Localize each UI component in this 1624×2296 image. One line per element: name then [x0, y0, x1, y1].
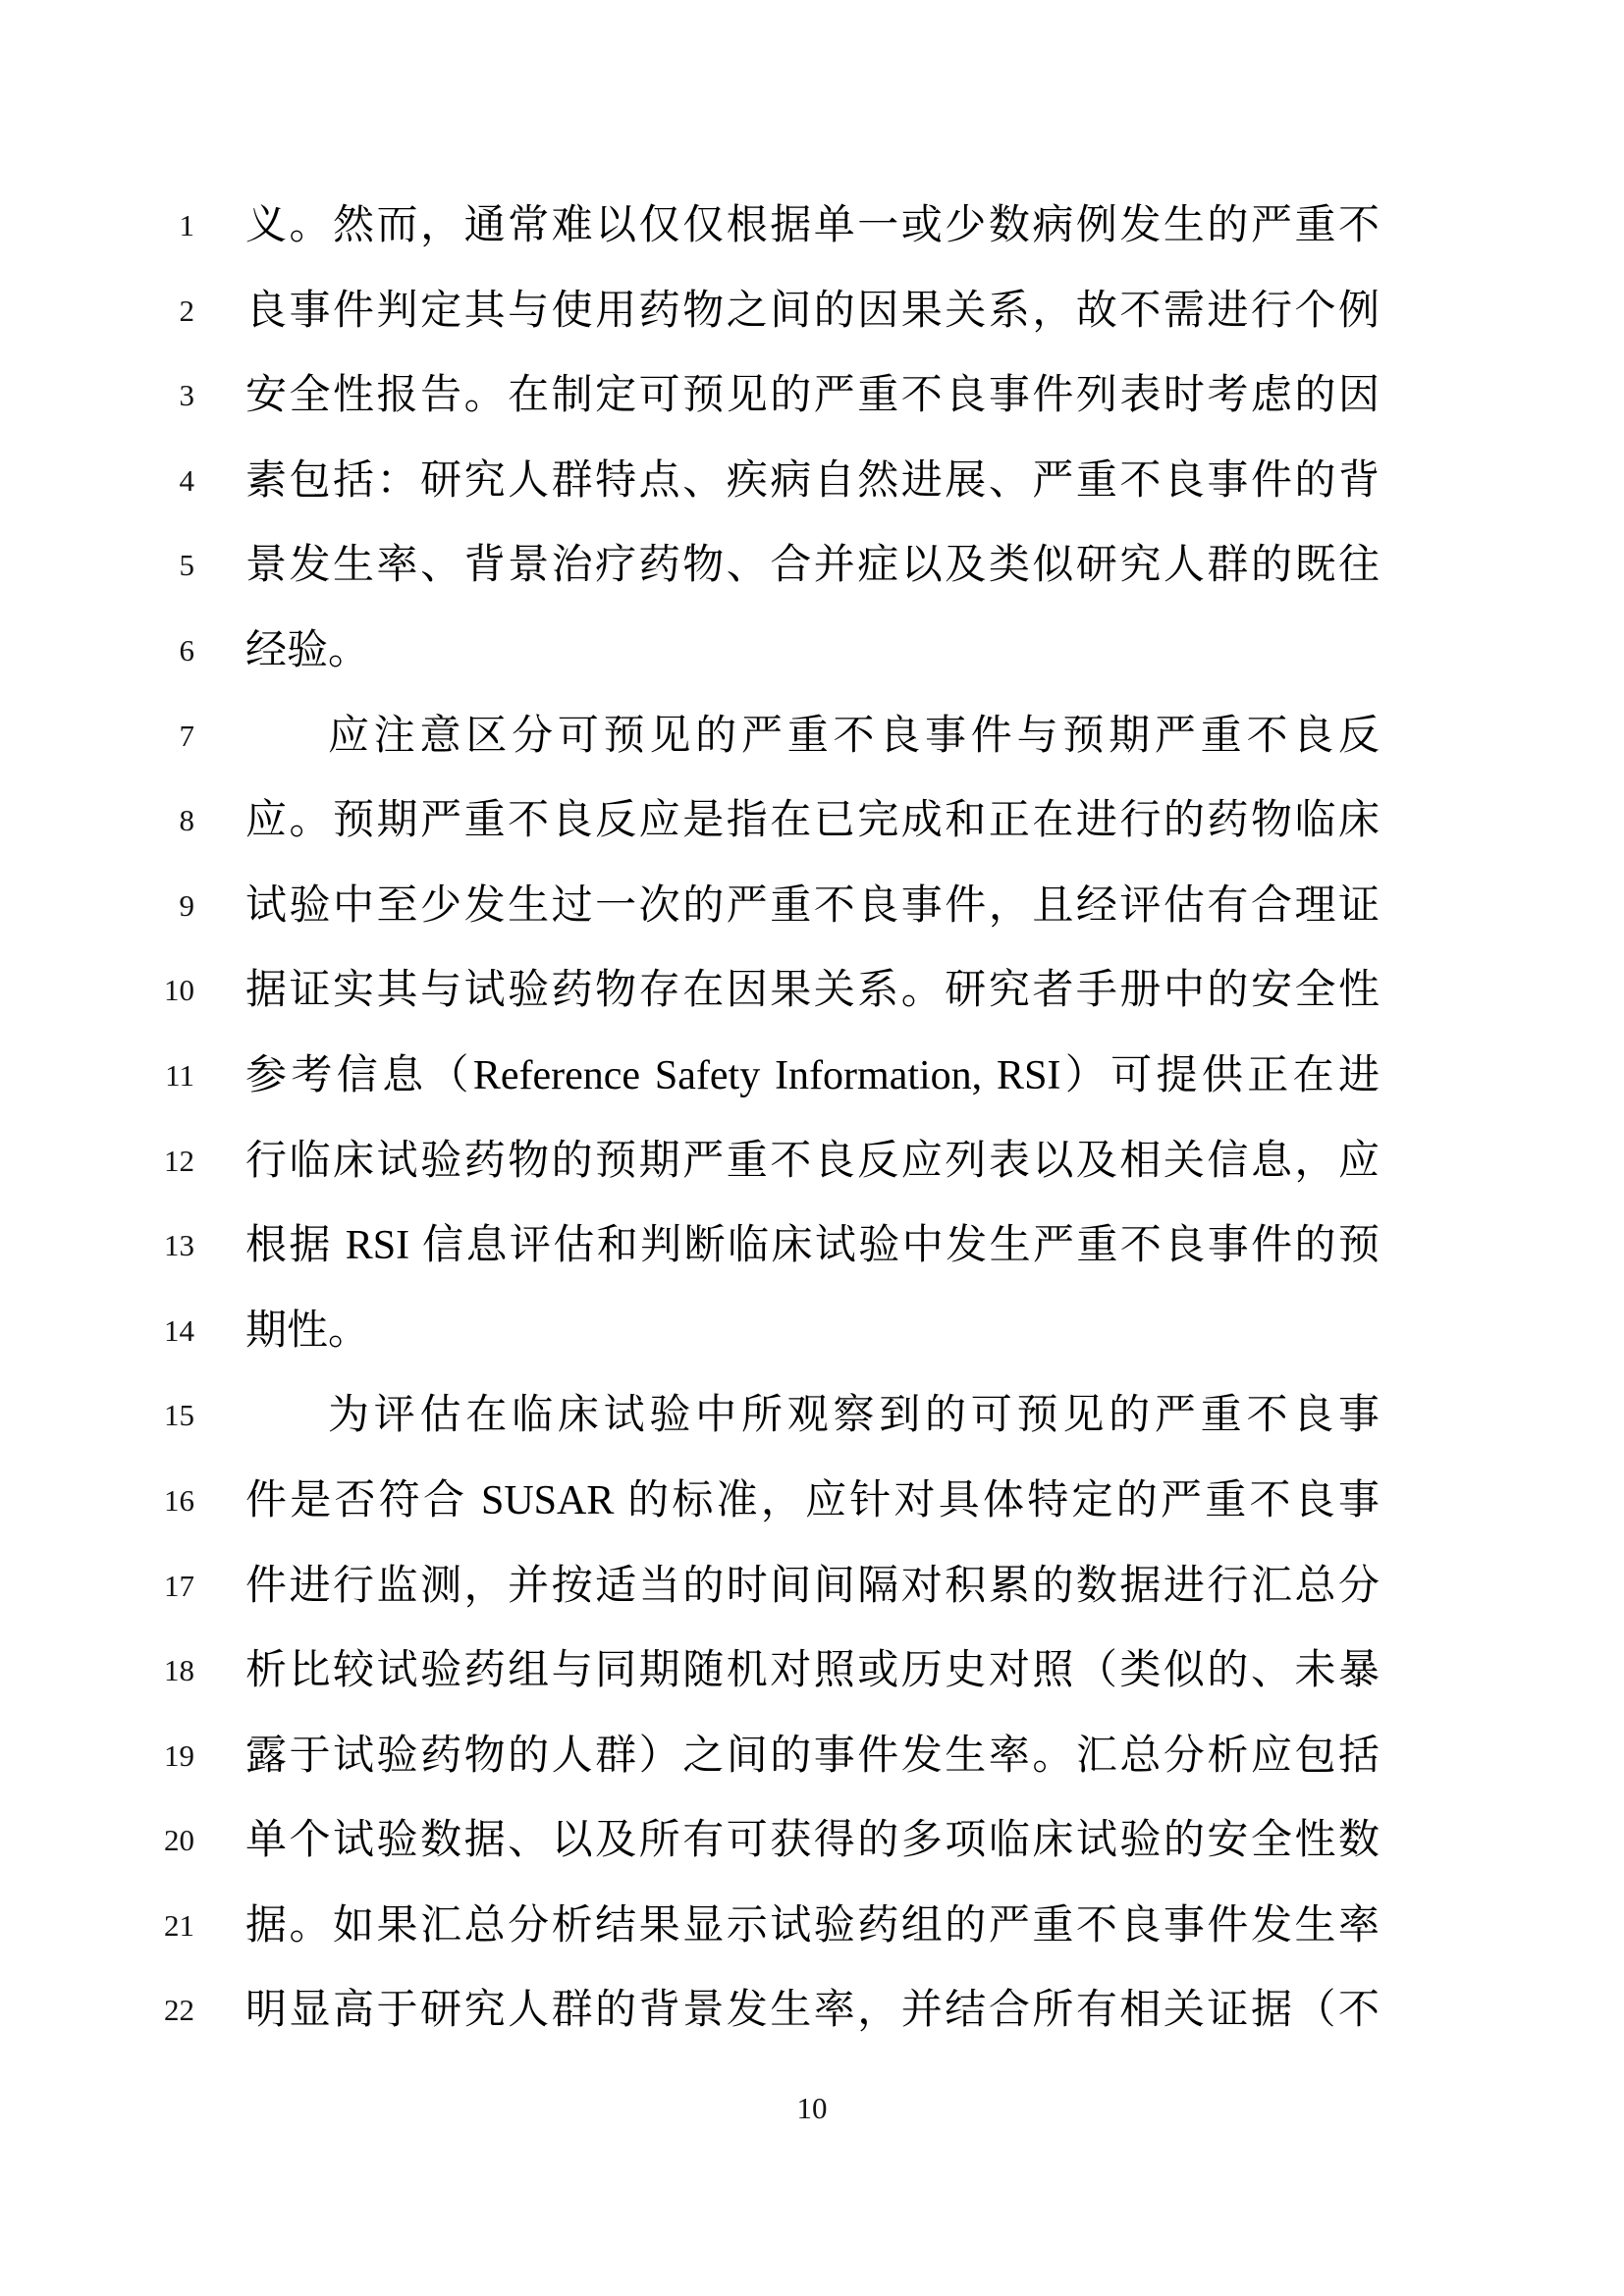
line-number: 19 [0, 1714, 194, 1799]
line-number: 18 [0, 1629, 194, 1714]
line-number: 15 [0, 1373, 194, 1459]
text-line: 19露于试验药物的人群）之间的事件发生率。汇总分析应包括 [0, 1714, 1624, 1799]
line-number: 13 [0, 1203, 194, 1289]
line-text: 素包括：研究人群特点、疾病自然进展、严重不良事件的背 [245, 439, 1380, 524]
line-number: 10 [0, 948, 194, 1034]
line-text: 件是否符合 SUSAR 的标准，应针对具体特定的严重不良事 [245, 1459, 1380, 1544]
text-line: 20单个试验数据、以及所有可获得的多项临床试验的安全性数 [0, 1798, 1624, 1884]
text-line: 6经验。 [0, 609, 1624, 694]
line-text: 景发生率、背景治疗药物、合并症以及类似研究人群的既往 [245, 523, 1380, 609]
text-line: 21据。如果汇总分析结果显示试验药组的严重不良事件发生率 [0, 1884, 1624, 1969]
line-number: 2 [0, 269, 194, 354]
line-text: 良事件判定其与使用药物之间的因果关系，故不需进行个例 [245, 269, 1380, 354]
line-text: 试验中至少发生过一次的严重不良事件，且经评估有合理证 [245, 864, 1380, 949]
line-text: 露于试验药物的人群）之间的事件发生率。汇总分析应包括 [245, 1714, 1380, 1799]
line-text: 应注意区分可预见的严重不良事件与预期严重不良反 [245, 694, 1380, 779]
text-line: 12行临床试验药物的预期严重不良反应列表以及相关信息，应 [0, 1119, 1624, 1204]
line-number: 1 [0, 184, 194, 269]
line-number: 20 [0, 1798, 194, 1884]
line-number: 21 [0, 1884, 194, 1969]
text-line: 15为评估在临床试验中所观察到的可预见的严重不良事 [0, 1373, 1624, 1459]
text-line: 2良事件判定其与使用药物之间的因果关系，故不需进行个例 [0, 269, 1624, 354]
line-number: 11 [0, 1034, 194, 1119]
line-number: 22 [0, 1968, 194, 2054]
line-text: 行临床试验药物的预期严重不良反应列表以及相关信息，应 [245, 1119, 1380, 1204]
line-number: 4 [0, 439, 194, 524]
text-line: 7应注意区分可预见的严重不良事件与预期严重不良反 [0, 694, 1624, 779]
text-line: 8应。预期严重不良反应是指在已完成和正在进行的药物临床 [0, 778, 1624, 864]
line-number: 7 [0, 694, 194, 779]
line-text: 析比较试验药组与同期随机对照或历史对照（类似的、未暴 [245, 1629, 1380, 1714]
line-number: 3 [0, 353, 194, 439]
line-number: 12 [0, 1119, 194, 1204]
text-line: 14期性。 [0, 1289, 1624, 1374]
line-text: 据。如果汇总分析结果显示试验药组的严重不良事件发生率 [245, 1884, 1380, 1969]
text-line: 1义。然而，通常难以仅仅根据单一或少数病例发生的严重不 [0, 184, 1624, 269]
line-number: 5 [0, 523, 194, 609]
line-text: 根据 RSI 信息评估和判断临床试验中发生严重不良事件的预 [245, 1203, 1380, 1289]
text-line: 17件进行监测，并按适当的时间间隔对积累的数据进行汇总分 [0, 1544, 1624, 1629]
document-body: 1义。然而，通常难以仅仅根据单一或少数病例发生的严重不2良事件判定其与使用药物之… [0, 184, 1624, 2054]
text-line: 13根据 RSI 信息评估和判断临床试验中发生严重不良事件的预 [0, 1203, 1624, 1289]
line-number: 17 [0, 1544, 194, 1629]
text-line: 5景发生率、背景治疗药物、合并症以及类似研究人群的既往 [0, 523, 1624, 609]
line-text: 期性。 [245, 1289, 1380, 1374]
line-text: 据证实其与试验药物存在因果关系。研究者手册中的安全性 [245, 948, 1380, 1034]
text-line: 9试验中至少发生过一次的严重不良事件，且经评估有合理证 [0, 864, 1624, 949]
line-text: 经验。 [245, 609, 1380, 694]
line-text: 应。预期严重不良反应是指在已完成和正在进行的药物临床 [245, 778, 1380, 864]
text-line: 18析比较试验药组与同期随机对照或历史对照（类似的、未暴 [0, 1629, 1624, 1714]
line-text: 参考信息（Reference Safety Information, RSI）可… [245, 1034, 1380, 1119]
text-line: 10据证实其与试验药物存在因果关系。研究者手册中的安全性 [0, 948, 1624, 1034]
text-line: 4素包括：研究人群特点、疾病自然进展、严重不良事件的背 [0, 439, 1624, 524]
line-text: 件进行监测，并按适当的时间间隔对积累的数据进行汇总分 [245, 1544, 1380, 1629]
line-text: 安全性报告。在制定可预见的严重不良事件列表时考虑的因 [245, 353, 1380, 439]
text-line: 16件是否符合 SUSAR 的标准，应针对具体特定的严重不良事 [0, 1459, 1624, 1544]
page-number: 10 [0, 2082, 1624, 2135]
line-number: 14 [0, 1289, 194, 1374]
text-line: 3安全性报告。在制定可预见的严重不良事件列表时考虑的因 [0, 353, 1624, 439]
line-number: 9 [0, 864, 194, 949]
line-text: 义。然而，通常难以仅仅根据单一或少数病例发生的严重不 [245, 184, 1380, 269]
line-text: 为评估在临床试验中所观察到的可预见的严重不良事 [245, 1373, 1380, 1459]
line-text: 单个试验数据、以及所有可获得的多项临床试验的安全性数 [245, 1798, 1380, 1884]
line-text: 明显高于研究人群的背景发生率，并结合所有相关证据（不 [245, 1968, 1380, 2054]
text-line: 11参考信息（Reference Safety Information, RSI… [0, 1034, 1624, 1119]
line-number: 8 [0, 778, 194, 864]
line-number: 16 [0, 1459, 194, 1544]
line-number: 6 [0, 609, 194, 694]
document-page: 1义。然而，通常难以仅仅根据单一或少数病例发生的严重不2良事件判定其与使用药物之… [0, 0, 1624, 2296]
text-line: 22明显高于研究人群的背景发生率，并结合所有相关证据（不 [0, 1968, 1624, 2054]
